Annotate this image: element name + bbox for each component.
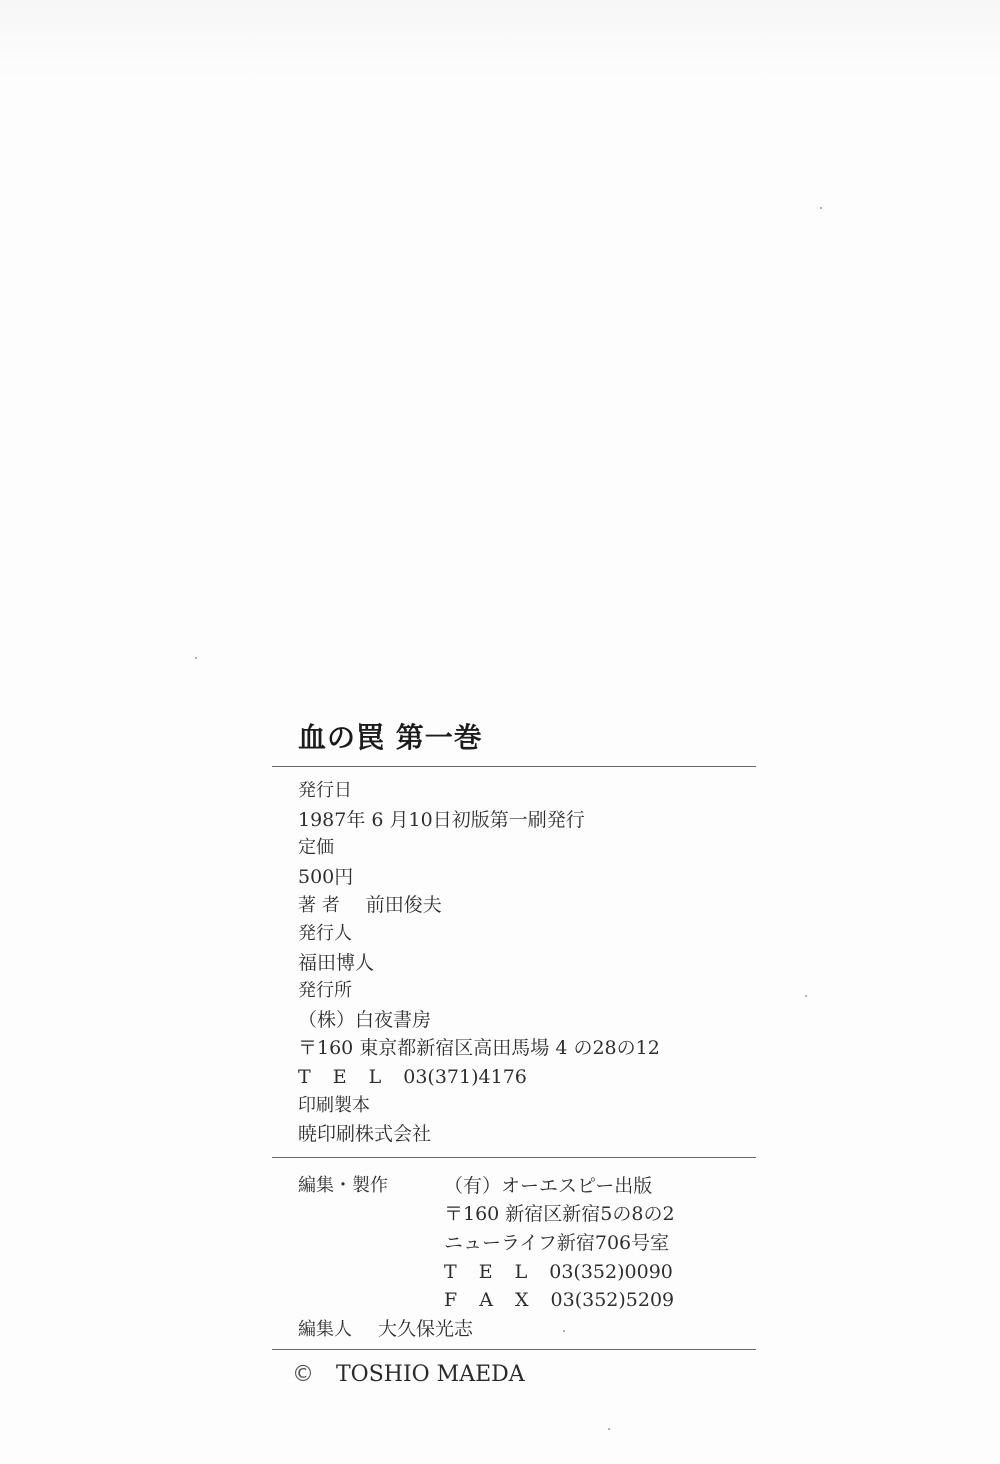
scan-speck	[608, 1428, 610, 1430]
printing-label: 印刷製本	[298, 1092, 756, 1121]
issue-date-label: 発行日	[298, 777, 756, 806]
editorial-tel-label: T E L	[444, 1261, 535, 1283]
publishing-house-tel-row: T E L03(371)4176	[298, 1063, 756, 1092]
editorial-tel-row: T E L03(352)0090	[444, 1258, 756, 1287]
scan-speck	[805, 995, 807, 997]
price-label: 定価	[298, 834, 756, 863]
editorial-info: 編集・製作 （有）オーエスピー出版 〒160 新宿区新宿5の8の2 ニューライフ…	[272, 1158, 756, 1350]
paper-texture	[0, 0, 1000, 80]
author-label: 著 者	[298, 895, 340, 916]
editorial-company: （有）オーエスピー出版	[444, 1172, 756, 1201]
scan-speck	[195, 657, 197, 659]
printing-value: 暁印刷株式会社	[298, 1120, 756, 1149]
publishing-house-value: （株）白夜書房	[298, 1006, 756, 1035]
copyright-icon: ©	[292, 1362, 314, 1387]
issue-date-value: 1987年 6 月10日初版第一刷発行	[298, 806, 756, 835]
editor-row: 編集人大久保光志	[298, 1315, 756, 1344]
author-row: 著 者前田俊夫	[298, 891, 756, 920]
publishing-house-label: 発行所	[298, 977, 756, 1006]
editorial-address-line1: 〒160 新宿区新宿5の8の2	[444, 1200, 756, 1229]
publication-info: 発行日 1987年 6 月10日初版第一刷発行 定価 500円 著 者前田俊夫 …	[272, 767, 756, 1149]
editor-value: 大久保光志	[378, 1318, 473, 1340]
editor-label: 編集人	[298, 1319, 352, 1340]
copyright-line: ©TOSHIO MAEDA	[272, 1350, 756, 1392]
book-title: 血の罠 第一巻	[298, 716, 756, 760]
publisher-person-label: 発行人	[298, 920, 756, 949]
author-value: 前田俊夫	[366, 894, 442, 916]
editorial-fax-value: 03(352)5209	[551, 1289, 675, 1311]
tel-label: T E L	[298, 1066, 389, 1088]
tel-value: 03(371)4176	[403, 1066, 527, 1088]
copyright-holder: TOSHIO MAEDA	[336, 1362, 525, 1387]
price-value: 500円	[298, 863, 756, 892]
editorial-address-line2: ニューライフ新宿706号室	[444, 1229, 756, 1258]
editorial-fax-label: F A X	[444, 1289, 537, 1311]
editorial-tel-value: 03(352)0090	[549, 1261, 673, 1283]
editorial-fax-row: F A X03(352)5209	[444, 1286, 756, 1315]
publisher-person-value: 福田博人	[298, 949, 756, 978]
publishing-house-address: 〒160 東京都新宿区高田馬場 4 の28の12	[298, 1034, 756, 1063]
editorial-label: 編集・製作	[298, 1172, 444, 1201]
colophon: 血の罠 第一巻 発行日 1987年 6 月10日初版第一刷発行 定価 500円 …	[272, 716, 756, 1392]
scan-speck	[820, 207, 822, 209]
